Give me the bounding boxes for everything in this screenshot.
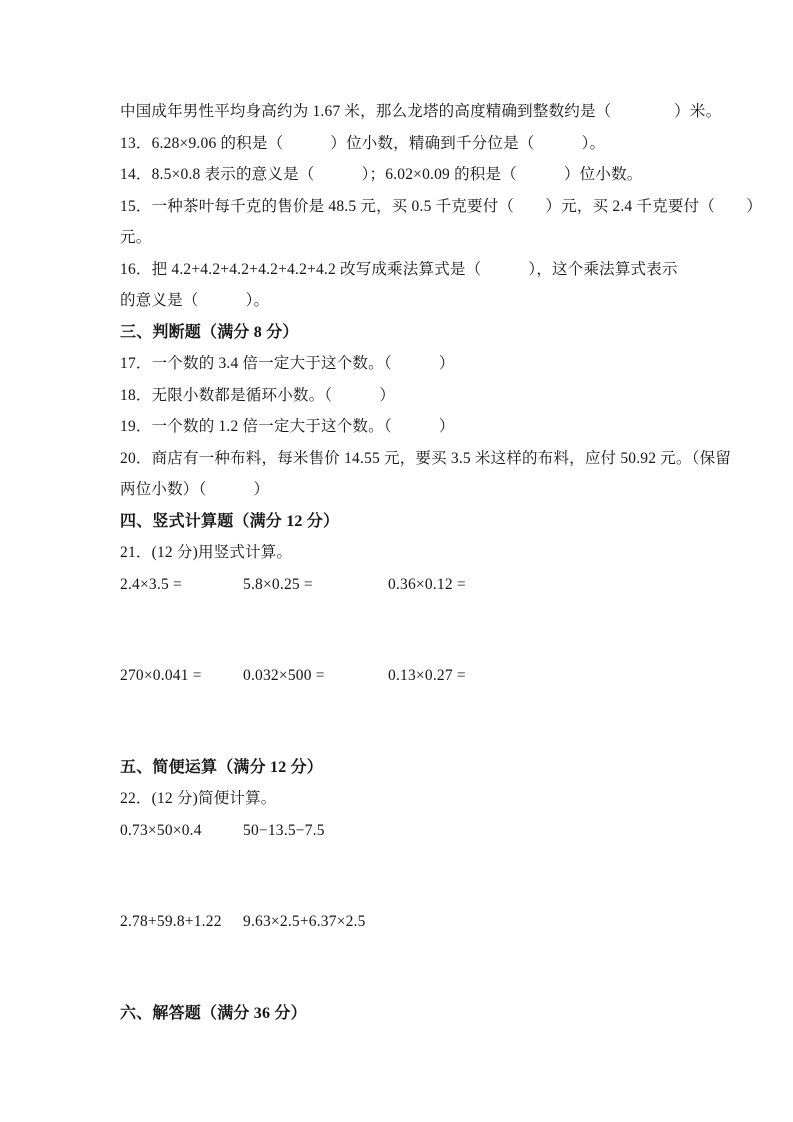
expression-row: 270×0.041 =0.032×500 =0.13×0.27 = [120, 660, 676, 692]
section-heading: 三、判断题（满分 8 分） [120, 317, 676, 349]
answer-work-space [120, 600, 676, 660]
question-text-line: 22．(12 分)简便计算。 [120, 783, 676, 815]
question-text-line: 两位小数）（ ） [120, 474, 676, 506]
answer-work-space [120, 938, 676, 998]
answer-work-space [120, 692, 676, 752]
expression-row: 0.73×50×0.450−13.5−7.5 [120, 815, 676, 847]
question-text-line: 16．把 4.2+4.2+4.2+4.2+4.2+4.2 改写成乘法算式是（ ）… [120, 254, 676, 286]
math-expression: 2.78+59.8+1.22 [120, 906, 222, 938]
math-expression: 9.63×2.5+6.37×2.5 [243, 906, 366, 938]
expression-row: 2.4×3.5 =5.8×0.25 =0.36×0.12 = [120, 569, 676, 601]
math-expression: 0.73×50×0.4 [120, 815, 202, 847]
math-expression: 2.4×3.5 = [120, 569, 182, 601]
question-text-line: 14．8.5×0.8 表示的意义是（ ）；6.02×0.09 的积是（ ）位小数… [120, 159, 676, 191]
answer-work-space [120, 846, 676, 906]
math-expression: 50−13.5−7.5 [243, 815, 325, 847]
question-text-line: 21．(12 分)用竖式计算。 [120, 537, 676, 569]
math-expression: 0.13×0.27 = [388, 660, 466, 692]
question-text-line: 元。 [120, 222, 676, 254]
math-expression: 0.36×0.12 = [388, 569, 466, 601]
question-text-line: 18．无限小数都是循环小数。（ ） [120, 380, 676, 412]
page-content: 中国成年男性平均身高约为 1.67 米，那么龙塔的高度精确到整数约是（ ）米。1… [120, 96, 676, 1029]
question-text-line: 中国成年男性平均身高约为 1.67 米，那么龙塔的高度精确到整数约是（ ）米。 [120, 96, 676, 128]
exam-paper-page: 中国成年男性平均身高约为 1.67 米，那么龙塔的高度精确到整数约是（ ）米。1… [0, 0, 793, 1122]
section-heading: 四、竖式计算题（满分 12 分） [120, 506, 676, 538]
math-expression: 270×0.041 = [120, 660, 202, 692]
section-heading: 六、解答题（满分 36 分） [120, 998, 676, 1030]
question-text-line: 13．6.28×9.06 的积是（ ）位小数，精确到千分位是（ ）。 [120, 128, 676, 160]
question-text-line: 的意义是（ ）。 [120, 285, 676, 317]
section-heading: 五、简便运算（满分 12 分） [120, 752, 676, 784]
expression-row: 2.78+59.8+1.229.63×2.5+6.37×2.5 [120, 906, 676, 938]
question-text-line: 17．一个数的 3.4 倍一定大于这个数。（ ） [120, 348, 676, 380]
question-text-line: 20．商店有一种布料，每米售价 14.55 元，要买 3.5 米这样的布料，应付… [120, 443, 676, 475]
math-expression: 0.032×500 = [243, 660, 325, 692]
question-text-line: 15．一种茶叶每千克的售价是 48.5 元，买 0.5 千克要付（ ）元，买 2… [120, 191, 676, 223]
math-expression: 5.8×0.25 = [243, 569, 313, 601]
question-text-line: 19．一个数的 1.2 倍一定大于这个数。（ ） [120, 411, 676, 443]
